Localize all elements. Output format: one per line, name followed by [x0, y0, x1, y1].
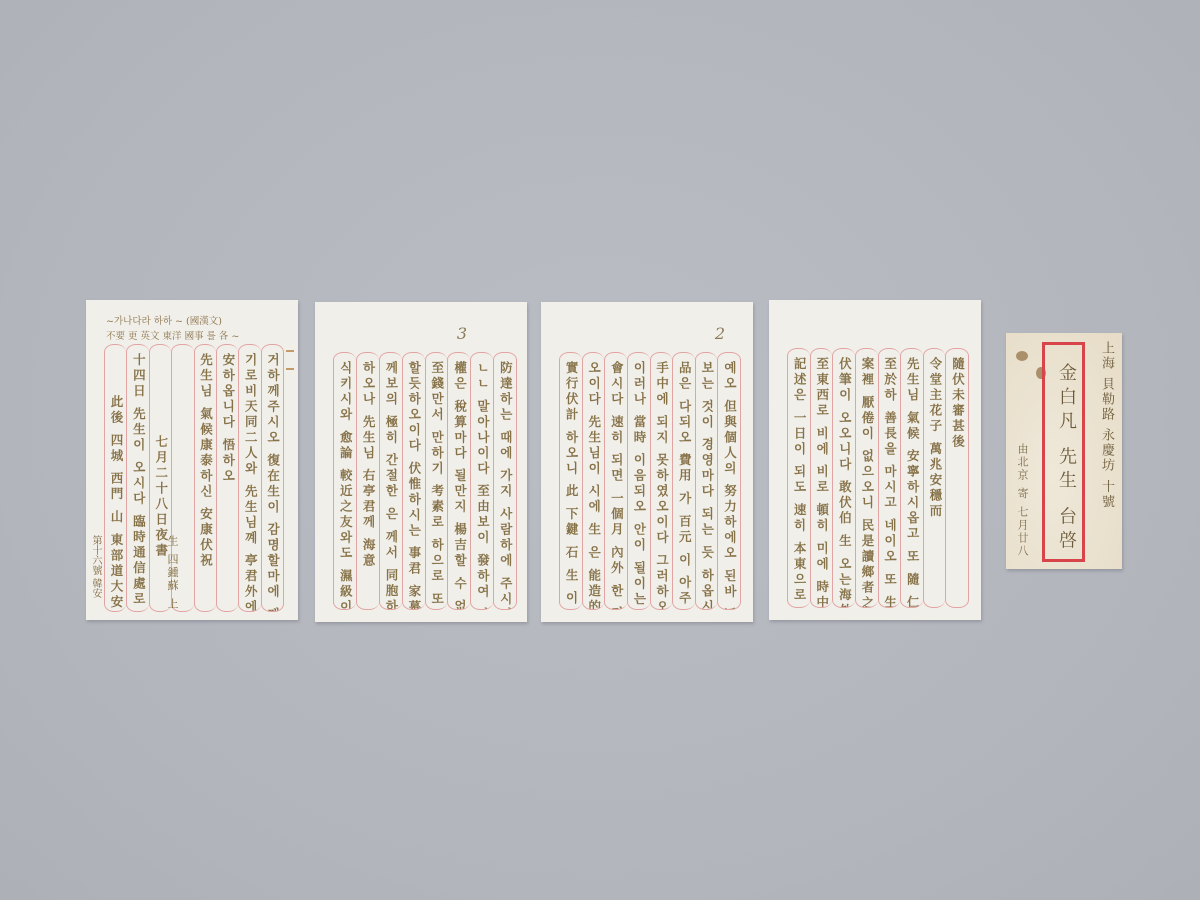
text-column: 하오나 先生님 右亭君께 海意 — [356, 352, 379, 610]
text-column: 案裡 厭倦이 없으오니 民是讀鄉者之 — [855, 348, 878, 608]
text-column: 기로비天同二人와 先生님꼐 亭君外에도 德事 — [238, 344, 260, 612]
text-column: 權은 稅算마다 될만지 楊吉할 수 없사오나 — [447, 352, 470, 610]
letter-sheet-2: 2 예오 但與個人의 努力하에오 된바 近況에는 보는 것이 경영마다 되는 듯… — [541, 302, 753, 622]
ruled-columns: 防達하는 때에 가지 사람하에 주시기 전 저걸 ㄴㄴ 말아나이다 至由보이 發… — [333, 352, 517, 610]
text-column: ㄴㄴ 말아나이다 至由보이 發하여 가는 路 — [470, 352, 493, 610]
envelope-recipient: 金白凡 先生 台啓 — [1053, 363, 1079, 554]
text-column: 할듯하오이다 伏惟하시는 事君 家慕이 많 — [402, 352, 425, 610]
text-column: 記述은 一日이 되도 速히 本東으로 此發 說 — [787, 348, 810, 608]
text-column: 隨伏未審甚後 — [945, 348, 969, 608]
text-column: 예오 但與個人의 努力하에오 된바 近況에는 — [717, 352, 741, 610]
text-column: 此後 四城 西門 山 東部道大安 — [104, 344, 126, 612]
text-column: 會시다 速히 되면 一個月 內外 한 것 같이 하 — [604, 352, 627, 610]
text-column: 令堂主花子 萬兆安穩而 — [923, 348, 946, 608]
text-column: 거하께주시오 復在生이 감명할마에 게하시에 — [261, 344, 284, 612]
letter-sheet-4: ~가나다라 하하 ~ (國漢文) 不要 更 英文 東洋 國事 를 各 ~ 거하께… — [86, 300, 298, 620]
text-column: 께보의 極히 간절한 은 께서 同胞하에로 — [379, 352, 402, 610]
page-number: 2 — [715, 324, 725, 343]
edge-mark — [286, 368, 294, 370]
footer-note: 第十六號 韓安 — [88, 535, 103, 598]
letter-sheet-3: 3 防達하는 때에 가지 사람하에 주시기 전 저걸 ㄴㄴ 말아나이다 至由보이… — [315, 302, 527, 622]
envelope: 金白凡 先生 台啓 上海 貝勒路 永慶坊 十號 由北京 寄 七月廿八 — [1006, 333, 1122, 569]
text-column: 品은 다되오 費用 가 百元 이 아주 定모지 — [672, 352, 695, 610]
text-column: 十四日 先生이 오시다 臨時通信處로 存記 — [126, 344, 148, 612]
ruled-columns: 隨伏未審甚後 令堂主花子 萬兆安穩而 先生님 氣候 安寧하시옵고 또 隨 仁德 … — [787, 348, 969, 608]
edge-mark — [286, 350, 294, 352]
envelope-sender: 由北京 寄 七月廿八 — [1014, 443, 1030, 558]
text-column: 防達하는 때에 가지 사람하에 주시기 전 저걸 — [493, 352, 517, 610]
text-column: 安하옵니다 悟하오 — [216, 344, 238, 612]
signature: 生 四鍾蘇 上 — [164, 535, 180, 611]
text-column: 先生님 氣候 安寧하시옵고 또 隨 仁德 — [900, 348, 923, 608]
text-column: 伏筆이 오오니다 敢伏伯 生 오는海外에 此法 — [832, 348, 855, 608]
stain — [1016, 351, 1028, 361]
envelope-address: 上海 貝勒路 永慶坊 十號 — [1097, 341, 1116, 509]
text-column: 手中에 되지 못하였오이다 그러하오나 時況 — [650, 352, 673, 610]
text-column: 보는 것이 경영마다 되는 듯 하옵시다 扶持 — [695, 352, 718, 610]
ruled-columns: 거하께주시오 復在生이 감명할마에 게하시에 기로비天同二人와 先生님꼐 亭君外… — [104, 344, 284, 612]
text-column: 先生님 氣候康泰하신 安康伏祝 — [194, 344, 216, 612]
letter-sheet-1: 隨伏未審甚後 令堂主花子 萬兆安穩而 先生님 氣候 安寧하시옵고 또 隨 仁德 … — [769, 300, 981, 620]
text-column: 식키시와 愈論 較近之友와도 濕級이 밀 — [333, 352, 356, 610]
text-column: 至於하 善長을 마시고 네이오 또 生은 — [878, 348, 901, 608]
text-column: 이러나 當時 이음되오 안이 될이는 事發하 — [627, 352, 650, 610]
text-column: 實行伏計 하오니 此 下鍵 石 生 이 月 — [559, 352, 582, 610]
page-number: 3 — [457, 324, 467, 343]
header-notes: ~가나다라 하하 ~ (國漢文) 不要 更 英文 東洋 國事 를 各 ~ — [106, 314, 239, 344]
text-column: 至錢만서 만하기 考素로 하으로 또 此處하게 — [425, 352, 448, 610]
ruled-columns: 예오 但與個人의 努力하에오 된바 近況에는 보는 것이 경영마다 되는 듯 하… — [559, 352, 741, 610]
text-column: 오이다 先生님이 시에 生 은 能造的으로 — [582, 352, 605, 610]
text-column: 至東西로 비에 비로 頓히 미에 時中 경명 — [810, 348, 833, 608]
